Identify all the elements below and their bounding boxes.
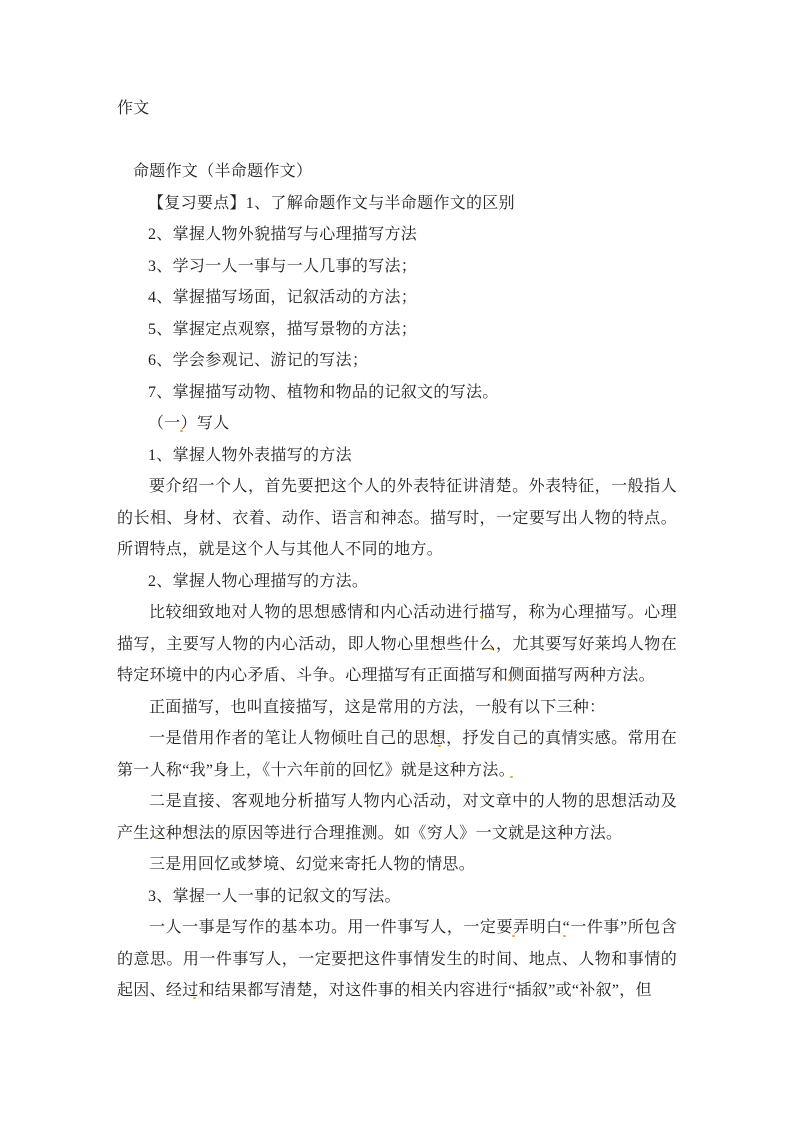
proofing-mark bbox=[480, 616, 483, 618]
blank-line bbox=[117, 125, 677, 157]
document-content: 作文 命题作文（半命题作文） 【复习要点】1、了解命题作文与半命题作文的区别 2… bbox=[117, 93, 677, 1007]
review-point-item: 6、学会参观记、游记的写法； bbox=[117, 345, 677, 377]
proofing-mark bbox=[508, 679, 511, 681]
content-subheading: 1、掌握人物外表描写的方法 bbox=[117, 440, 677, 472]
content-paragraph: 正面描写，也叫直接描写，这是常用的方法，一般有以下三种： bbox=[117, 692, 677, 724]
content-paragraph: 一人一事是写作的基本功。用一件事写人，一定要弄明白“一件事”所包含的意思。用一件… bbox=[117, 912, 677, 1007]
proofing-mark bbox=[517, 743, 520, 745]
proofing-mark bbox=[438, 745, 441, 747]
content-subheading: 2、掌握人物心理描写的方法。 bbox=[117, 566, 677, 598]
review-point-item: 7、掌握描写动物、植物和物品的记叙文的写法。 bbox=[117, 377, 677, 409]
proofing-mark bbox=[490, 648, 493, 650]
content-paragraph: 一是借用作者的笔让人物倾吐自己的思想，抒发自己的真情实感。常用在第一人称“我”身… bbox=[117, 723, 677, 786]
review-point-item: 2、掌握人物外貌描写与心理描写方法 bbox=[117, 219, 677, 251]
proofing-mark bbox=[180, 430, 183, 432]
proofing-mark bbox=[563, 935, 566, 937]
proofing-mark bbox=[193, 997, 196, 999]
proofing-mark bbox=[155, 837, 158, 839]
proofing-mark bbox=[510, 776, 513, 778]
proofing-mark bbox=[512, 935, 515, 937]
review-point-item: 4、掌握描写场面，记叙活动的方法； bbox=[117, 282, 677, 314]
content-paragraph: 二是直接、客观地分析描写人物内心活动，对文章中的人物的思想活动及产生这种想法的原… bbox=[117, 786, 677, 849]
review-points-heading: 【复习要点】1、了解命题作文与半命题作文的区别 bbox=[117, 188, 677, 220]
content-paragraph: 三是用回忆或梦境、幻觉来寄托人物的情思。 bbox=[117, 849, 677, 881]
content-paragraph: 要介绍一个人，首先要把这个人的外表特征讲清楚。外表特征，一般指人的长相、身材、衣… bbox=[117, 471, 677, 566]
document-title: 作文 bbox=[117, 93, 677, 125]
review-point-item: 3、学习一人一事与一人几事的写法； bbox=[117, 251, 677, 283]
review-point-item: 5、掌握定点观察，描写景物的方法； bbox=[117, 314, 677, 346]
section-heading: （一）写人 bbox=[117, 408, 677, 440]
document-page: 作文 命题作文（半命题作文） 【复习要点】1、了解命题作文与半命题作文的区别 2… bbox=[0, 0, 793, 1122]
content-subheading: 3、掌握一人一事的记叙文的写法。 bbox=[117, 881, 677, 913]
topic-heading: 命题作文（半命题作文） bbox=[117, 156, 677, 188]
content-paragraph: 比较细致地对人物的思想感情和内心活动进行描写，称为心理描写。心理描写，主要写人物… bbox=[117, 597, 677, 692]
